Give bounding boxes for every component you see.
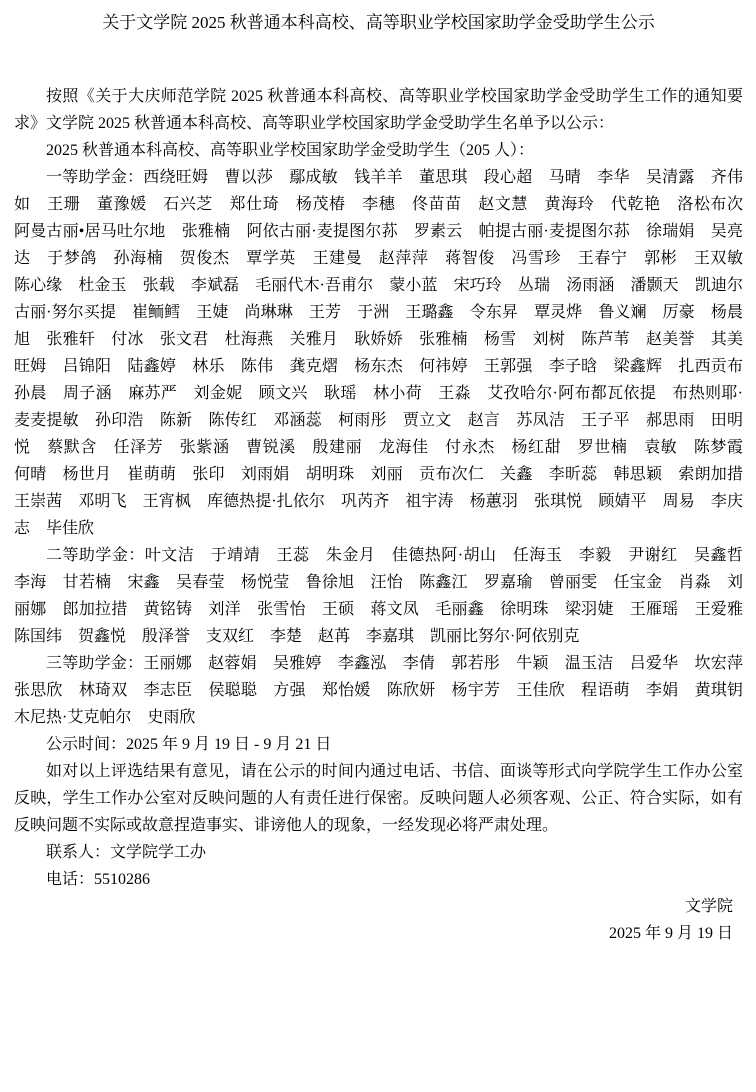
document-title: 关于文学院 2025 秋普通本科高校、高等职业学校国家助学金受助学生公示 — [14, 9, 743, 36]
tier1-name-list: 西绕旺姆 曹以莎 鄢成敏 钱羊羊 董思琪 段心超 马晴 李华 吴清露 齐伟如 王… — [14, 169, 756, 537]
tier2-label: 二等助学金： — [46, 547, 145, 564]
recipient-count-line: 2025 秋普通本科高校、高等职业学校国家助学金受助学生（205 人）： — [14, 137, 743, 164]
tier3-label: 三等助学金： — [46, 655, 143, 672]
tier3-paragraph: 三等助学金：王丽娜 赵蓉娟 吴雅婷 李鑫泓 李倩 郭若彤 牛颖 温玉洁 吕爱华 … — [14, 650, 743, 731]
tier2-paragraph: 二等助学金：叶文洁 于靖靖 王蕊 朱金月 佳德热阿·胡山 任海玉 李毅 尹谢红 … — [14, 542, 743, 650]
contact-person-line: 联系人：文学院学工办 — [14, 839, 743, 866]
publicity-period-line: 公示时间：2025 年 9 月 19 日 - 9 月 21 日 — [14, 731, 743, 758]
contact-phone-line: 电话：5510286 — [14, 866, 743, 893]
signature-date: 2025 年 9 月 19 日 — [14, 920, 743, 947]
intro-paragraph: 按照《关于大庆师范学院 2025 秋普通本科高校、高等职业学校国家助学金受助学生… — [14, 83, 743, 137]
document-page: 关于文学院 2025 秋普通本科高校、高等职业学校国家助学金受助学生公示 按照《… — [0, 0, 756, 1092]
tier1-paragraph: 一等助学金：西绕旺姆 曹以莎 鄢成敏 钱羊羊 董思琪 段心超 马晴 李华 吴清露… — [14, 164, 743, 542]
signature-org: 文学院 — [14, 893, 743, 920]
tier1-label: 一等助学金： — [46, 169, 143, 186]
feedback-paragraph: 如对以上评选结果有意见，请在公示的时间内通过电话、书信、面谈等形式向学院学生工作… — [14, 758, 743, 839]
